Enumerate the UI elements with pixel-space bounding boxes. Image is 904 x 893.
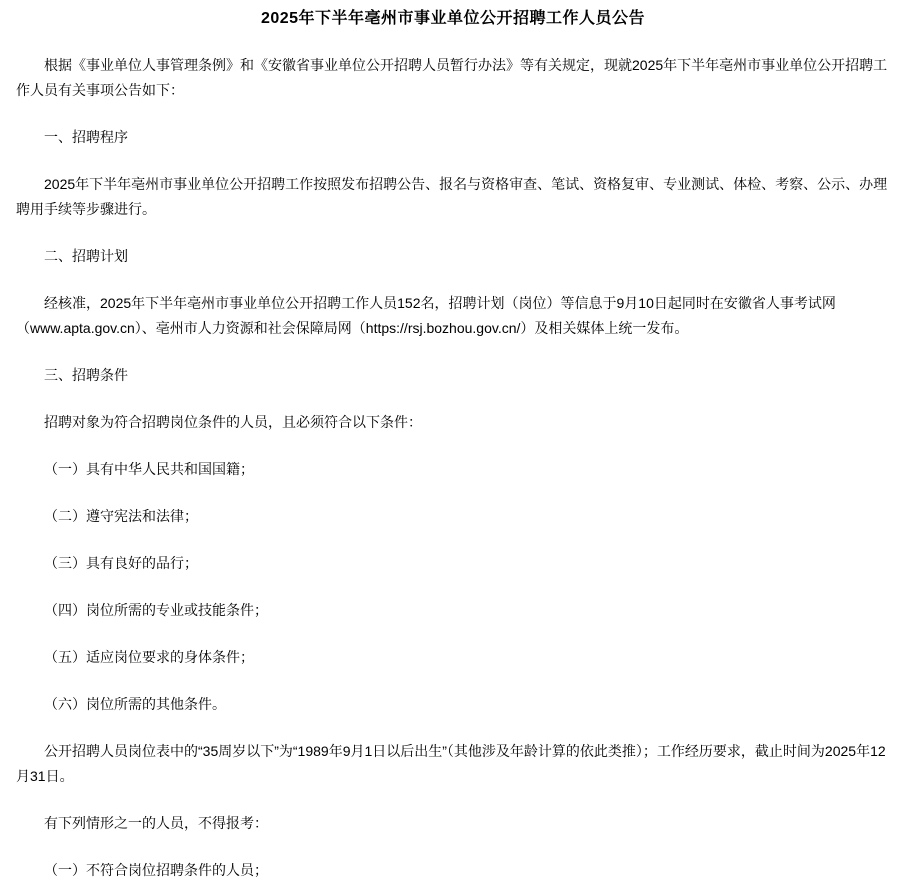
page-title: 2025年下半年亳州市事业单位公开招聘工作人员公告: [16, 6, 890, 31]
section-heading: 二、招聘计划: [16, 244, 890, 269]
paragraph: 2025年下半年亳州市事业单位公开招聘工作按照发布招聘公告、报名与资格审查、笔试…: [16, 172, 890, 222]
section-heading: 三、招聘条件: [16, 363, 890, 388]
paragraph: （二）遵守宪法和法律；: [16, 504, 890, 529]
paragraph: （一）具有中华人民共和国国籍；: [16, 457, 890, 482]
paragraph: 公开招聘人员岗位表中的“35周岁以下”为“1989年9月1日以后出生”（其他涉及…: [16, 739, 890, 789]
paragraph: （六）岗位所需的其他条件。: [16, 692, 890, 717]
section-heading: 一、招聘程序: [16, 125, 890, 150]
paragraph: （四）岗位所需的专业或技能条件；: [16, 598, 890, 623]
announcement-page: 2025年下半年亳州市事业单位公开招聘工作人员公告 根据《事业单位人事管理条例》…: [0, 0, 904, 893]
paragraph: 招聘对象为符合招聘岗位条件的人员，且必须符合以下条件：: [16, 410, 890, 435]
paragraph: 经核准，2025年下半年亳州市事业单位公开招聘工作人员152名，招聘计划（岗位）…: [16, 291, 890, 341]
paragraph: （五）适应岗位要求的身体条件；: [16, 645, 890, 670]
document-body: 根据《事业单位人事管理条例》和《安徽省事业单位公开招聘人员暂行办法》等有关规定，…: [16, 53, 890, 883]
paragraph: （三）具有良好的品行；: [16, 551, 890, 576]
paragraph: （一）不符合岗位招聘条件的人员；: [16, 858, 890, 883]
paragraph: 根据《事业单位人事管理条例》和《安徽省事业单位公开招聘人员暂行办法》等有关规定，…: [16, 53, 890, 103]
paragraph: 有下列情形之一的人员，不得报考：: [16, 811, 890, 836]
